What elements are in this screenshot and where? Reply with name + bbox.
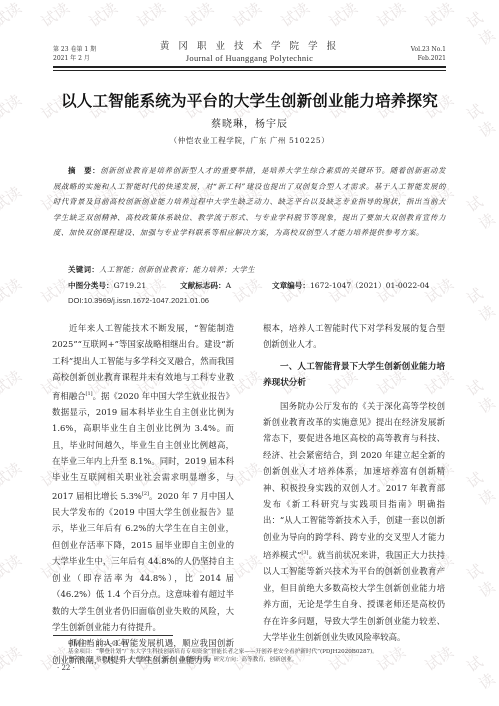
watermark-text: 试读: [181, 0, 218, 32]
watermark-text: 试读: [462, 644, 499, 694]
article-title: 以人工智能系统为平台的大学生创新创业能力培养探究: [0, 89, 499, 111]
clc-value: G719.21: [114, 281, 147, 290]
body-column-right: 根本，培养人工智能时代下对学科发展的复合型创新创业人才。 一、人工智能背景下大学…: [263, 320, 445, 646]
doi: DOI:10.3969/j.issn.1672-1047.2021.01.06: [68, 296, 209, 305]
citation: [1]: [86, 391, 93, 397]
watermark-text: 试读: [462, 368, 499, 418]
watermark-text: 试读: [373, 0, 410, 32]
page-number: · 22 ·: [57, 664, 75, 672]
paragraph: 国务院办公厅发布的《关于深化高等学校创新创业教育改革的实施意见》提出在经济发展新…: [263, 398, 445, 646]
paragraph: 近年来人工智能技术不断发展，“智能制造2025”“互联网+”等国家战略相继出台。…: [52, 320, 234, 635]
journal-name-cn: 黄 冈 职 业 技 术 学 院 学 报: [53, 41, 446, 53]
watermark-text: 试读: [133, 0, 170, 32]
citation: [3]: [301, 550, 308, 556]
watermark-text: 试读: [0, 641, 25, 675]
volume-en: Vol.23 No.1: [411, 45, 446, 54]
abstract-label: 摘 要：: [68, 166, 100, 175]
watermark-text: 试读: [0, 181, 25, 215]
watermark-text: 试读: [325, 0, 362, 32]
footnotes: 收稿日期：2021-01-01 基金项目：“攀登计划”广东大学生科技创新培育专项…: [68, 640, 448, 664]
watermark-text: 试读: [462, 460, 499, 510]
abstract-text: 创新创业教育是培养创新型人才的重要举措，是培养大学生综合素质的关键环节。随着创新…: [53, 166, 446, 237]
keywords-text: 人工智能；创新创业教育；能力培养；大学生: [99, 265, 255, 274]
journal-header: 第 23 卷第 1 期 2021 年 2 月 黄 冈 职 业 技 术 学 院 学…: [53, 40, 446, 74]
classification-line: 中图分类号：G719.21 文献标志码：A 文章编号：1672-1047（202…: [68, 280, 448, 291]
abstract: 摘 要：创新创业教育是培养创新型人才的重要举措，是培养大学生综合素质的关键环节。…: [53, 163, 446, 241]
watermark-text: 试读: [0, 549, 25, 583]
header-rule-thin: [53, 70, 446, 71]
header-rule-thick: [53, 66, 446, 68]
watermark-text: 试读: [462, 276, 499, 326]
watermark-text: 试读: [85, 0, 122, 32]
journal-name-en: Journal of Huanggang Polytechnic: [53, 53, 446, 64]
fund-info: 基金项目：“攀登计划”广东大学生科技创新培育专项资金“智能长者之家——开创养老安…: [68, 648, 448, 656]
watermark-text: 试读: [462, 552, 499, 602]
body-column-left: 近年来人工智能技术不断发展，“智能制造2025”“互联网+”等国家战略相继出台。…: [52, 320, 234, 668]
keywords-label: 关键词：: [68, 265, 99, 274]
article-no-label: 文章编号：: [272, 281, 310, 290]
watermark-text: 试读: [37, 0, 74, 32]
article-affiliation: （仲恺农业工程学院，广东 广州 510225）: [0, 135, 499, 146]
watermark-text: 试读: [229, 457, 266, 491]
watermark-text: 试读: [462, 0, 499, 50]
received-date: 收稿日期：2021-01-01: [68, 640, 448, 648]
watermark-text: 试读: [0, 0, 25, 32]
doc-code-label: 文献标志码：: [180, 281, 226, 290]
watermark-text: 试读: [421, 0, 458, 32]
doc-code-value: A: [226, 281, 231, 290]
article-no-value: 1672-1047（2021）01-0022-04: [310, 281, 430, 290]
clc-label: 中图分类号：: [68, 281, 114, 290]
watermark-text: 试读: [229, 549, 266, 583]
watermark-text: 试读: [0, 457, 25, 491]
keywords: 关键词：人工智能；创新创业教育；能力培养；大学生: [68, 264, 255, 275]
author-bio: 作者简介：蔡晓琳，女，广东汕头人，硕士，助理研究员，研究方向：高等教育，创新创业…: [68, 656, 448, 664]
watermark-text: 试读: [0, 273, 25, 307]
section-heading: 一、人工智能背景下大学生创新创业能力培养现状分析: [263, 359, 445, 392]
footnote-rule: [53, 635, 173, 636]
header-center: 黄 冈 职 业 技 术 学 院 学 报 Journal of Huanggang…: [53, 41, 446, 64]
header-right: Vol.23 No.1 Feb.2021: [411, 45, 446, 63]
paragraph: 根本，培养人工智能时代下对学科发展的复合型创新创业人才。: [263, 320, 445, 353]
watermark-text: 试读: [229, 0, 266, 32]
watermark-text: 试读: [229, 365, 266, 399]
watermark-text: 试读: [277, 0, 314, 32]
citation: [2]: [142, 491, 149, 497]
issue-date-en: Feb.2021: [411, 54, 446, 63]
article-authors: 蔡晓琳，杨宇辰: [0, 115, 499, 130]
watermark-text: 试读: [0, 365, 25, 399]
watermark-text: 试读: [462, 184, 499, 234]
